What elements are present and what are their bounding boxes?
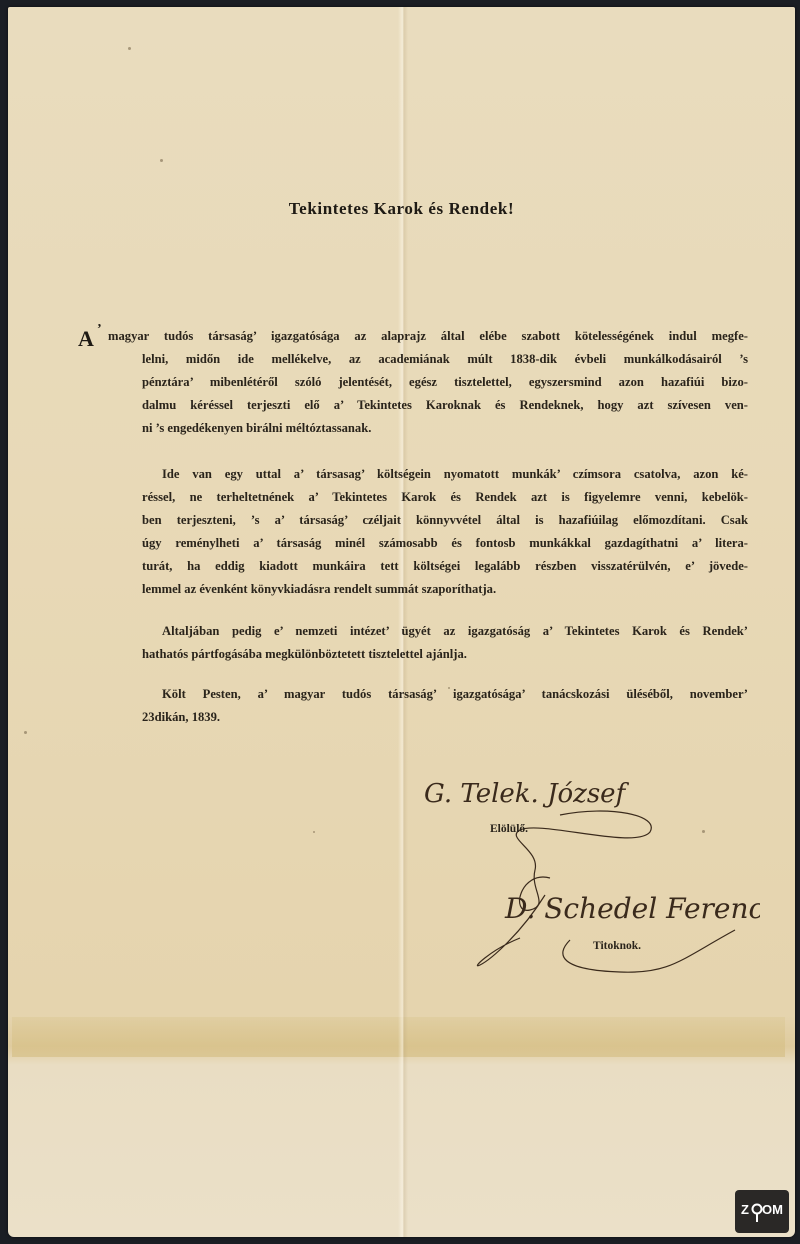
paragraph-line: dalmu kéréssel terjeszti elő a’ Tekintet… [142,394,748,417]
paragraph-line: Költ Pesten, a’ magyar tudós társaság’ i… [142,683,748,706]
paragraph-line: hathatós pártfogásába megkülönböztetett … [142,643,748,666]
paragraph-1-line-1: magyar tudós társaság’ igazgatósága az a… [108,325,748,348]
paragraph-line: Altaljában pedig e’ nemzeti intézet’ ügy… [142,620,748,643]
paragraph-line: réssel, ne terheltetnének a’ Tekintetes … [142,486,748,509]
paragraph-line: úgy reménylheti a’ társaság minél számos… [142,532,748,555]
paragraph-line: lemmel az évenként könyvkiadásra rendelt… [142,578,748,601]
svg-text:OM: OM [762,1202,783,1217]
dust-speck [128,47,131,50]
secretary-title: Titoknok. [593,940,641,952]
paragraph-2: Ide van egy uttal a’ társasag’ költségei… [142,463,748,601]
dust-speck [24,731,27,734]
paragraph-line: 23dikán, 1839. [142,706,748,729]
magnifier-icon: Z OM [740,1198,784,1226]
paragraph-4-dateline: Költ Pesten, a’ magyar tudós társaság’ i… [142,683,748,729]
drop-cap-apostrophe: ’ [97,322,102,338]
zoom-button[interactable]: Z OM [735,1190,789,1233]
svg-text:Z: Z [741,1202,749,1217]
dust-speck [160,159,163,162]
paragraph-line: turát, ha eddig kiadott munkáira tett kö… [142,555,748,578]
drop-cap: A [78,326,94,352]
water-stain [12,1017,785,1057]
dust-speck [313,831,315,833]
paragraph-line: ni ’s engedékenyen birálni méltóztassana… [142,417,748,440]
paragraph-3: Altaljában pedig e’ nemzeti intézet’ ügy… [142,620,748,666]
paragraph-line: ben terjeszteni, ’s a’ társaság’ czéljai… [142,509,748,532]
dust-speck [702,830,705,833]
paragraph-1: lelni, midőn ide mellékelve, az academiá… [142,348,748,440]
paragraph-line: lelni, midőn ide mellékelve, az academiá… [142,348,748,371]
paragraph-line: Ide van egy uttal a’ társasag’ költségei… [142,463,748,486]
document-heading: Tekintetes Karok és Rendek! [8,199,795,219]
paragraph-line: pénztára’ mibenlétéről szóló jelentését,… [142,371,748,394]
president-title: Elölülő. [490,823,528,835]
